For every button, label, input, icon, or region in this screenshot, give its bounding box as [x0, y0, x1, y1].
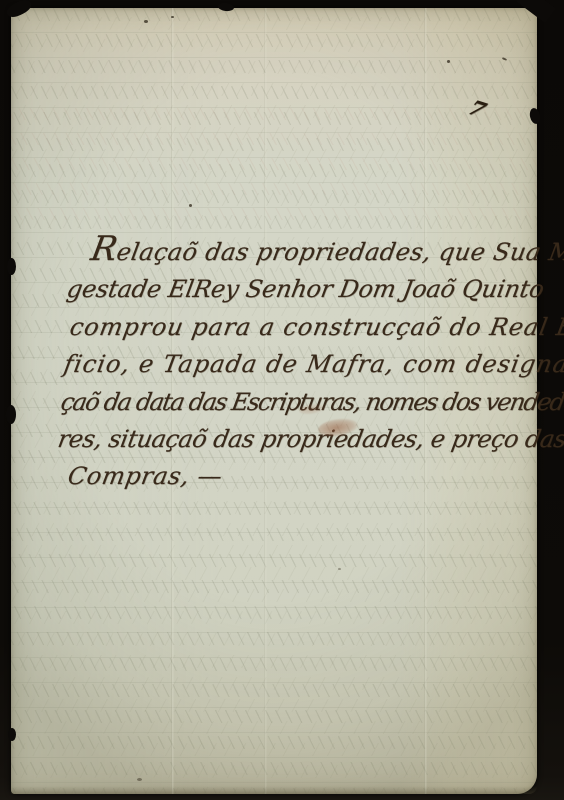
title-text-block: Relaçaõ das propriedades, que Sua Ma= ge… — [58, 231, 528, 496]
ink-speck — [144, 20, 148, 23]
manuscript-line: Compras, — — [55, 458, 532, 495]
manuscript-line: res, situaçaõ das propriedades, e preço … — [55, 421, 532, 458]
ink-speck — [171, 16, 174, 18]
showthrough-writing-layer — [11, 108, 537, 233]
edge-nick — [6, 405, 16, 424]
manuscript-line: çaõ da data das Escripturas, nomes dos v… — [55, 384, 532, 421]
scan-background: 7 Relaçaõ das propriedades, que Sua Ma= … — [0, 0, 564, 800]
ink-speck — [447, 60, 450, 63]
manuscript-page: 7 Relaçaõ das propriedades, que Sua Ma= … — [11, 8, 537, 794]
manuscript-line: ficio, e Tapada de Mafra, com designa= — [55, 346, 532, 383]
manuscript-line: gestade ElRey Senhor Dom Joaõ Quinto — [55, 271, 532, 308]
ink-speck — [189, 204, 192, 207]
worn-page-edge — [11, 786, 537, 794]
edge-nick — [8, 728, 16, 741]
manuscript-line: comprou para a construcçaõ do Real Edi= — [55, 309, 532, 346]
ink-speck — [137, 778, 142, 781]
manuscript-line: Relaçaõ das propriedades, que Sua Ma= — [54, 231, 531, 271]
ink-speck — [338, 568, 341, 570]
edge-nick — [7, 258, 16, 275]
